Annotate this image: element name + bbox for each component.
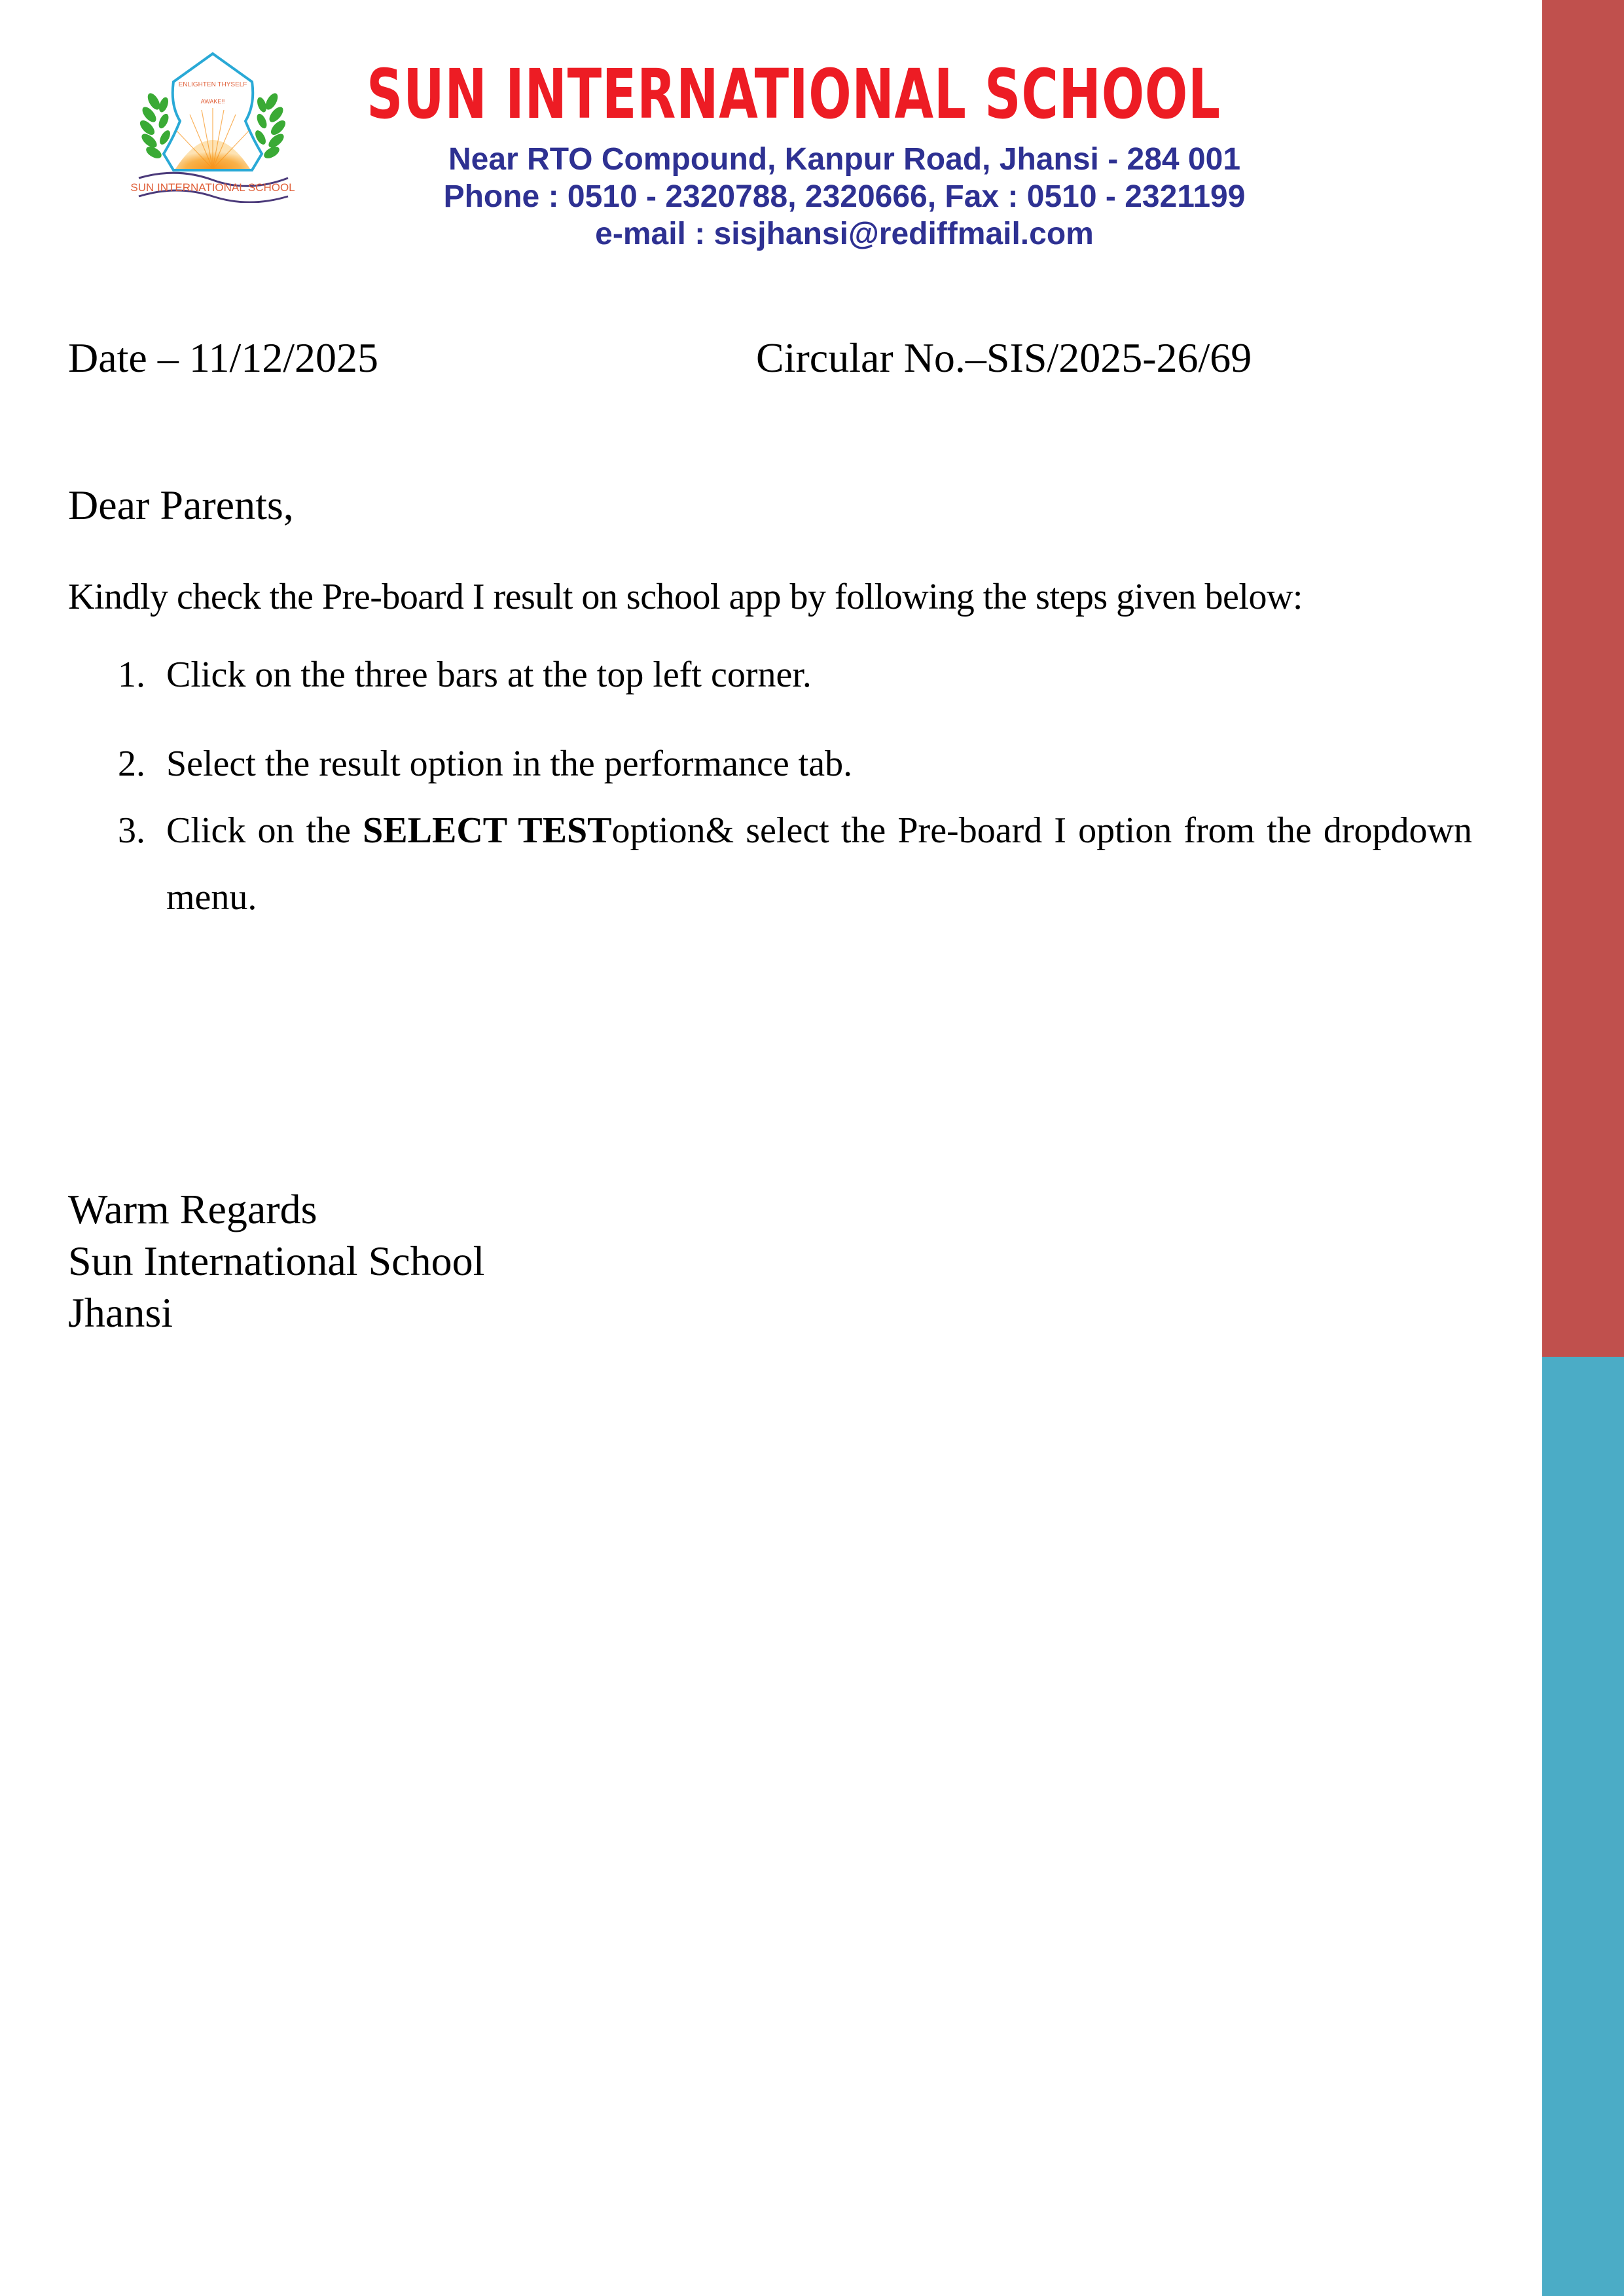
steps-list: 1. Click on the three bars at the top le…	[68, 641, 1472, 931]
step-item: 1. Click on the three bars at the top le…	[68, 641, 1472, 708]
closing-block: Warm Regards Sun International School Jh…	[68, 1183, 484, 1338]
decorative-sidebar-teal	[1542, 1357, 1624, 2296]
school-contact-block: Near RTO Compound, Kanpur Road, Jhansi -…	[393, 141, 1296, 253]
circular-number: Circular No.–SIS/2025-26/69	[756, 334, 1252, 382]
circular-page: ENLIGHTEN THYSELF AWAKE!! SUN INTERNATIO…	[0, 0, 1542, 2296]
salutation: Dear Parents,	[68, 481, 294, 529]
school-phone-fax: Phone : 0510 - 2320788, 2320666, Fax : 0…	[393, 178, 1296, 215]
step-text: Select the result option in the performa…	[166, 744, 852, 784]
select-test-emphasis: SELECT TEST	[363, 810, 611, 851]
school-crest-logo-icon: ENLIGHTEN THYSELF AWAKE!! SUN INTERNATIO…	[124, 39, 301, 203]
closing-city: Jhansi	[68, 1287, 484, 1338]
intro-paragraph: Kindly check the Pre-board I result on s…	[68, 576, 1303, 618]
step-item: 2. Select the result option in the perfo…	[68, 730, 1472, 797]
step-number: 1.	[118, 641, 145, 708]
step-text: Click on the three bars at the top left …	[166, 655, 812, 695]
school-email: e-mail : sisjhansi@rediffmail.com	[393, 215, 1296, 253]
step-text: Click on the SELECT TESToption& select t…	[166, 797, 1472, 931]
school-address: Near RTO Compound, Kanpur Road, Jhansi -…	[393, 141, 1296, 178]
step-number: 2.	[118, 730, 145, 797]
school-name-heading: SUN INTERNATIONAL SCHOOL	[367, 60, 1113, 128]
step-number: 3.	[118, 797, 145, 864]
step-item: 3. Click on the SELECT TESToption& selec…	[68, 797, 1472, 931]
svg-text:SUN INTERNATIONAL SCHOOL: SUN INTERNATIONAL SCHOOL	[130, 181, 295, 194]
closing-school: Sun International School	[68, 1235, 484, 1287]
circular-date: Date – 11/12/2025	[68, 334, 378, 382]
svg-text:ENLIGHTEN THYSELF: ENLIGHTEN THYSELF	[179, 81, 247, 88]
svg-text:AWAKE!!: AWAKE!!	[201, 98, 225, 105]
closing-regards: Warm Regards	[68, 1183, 484, 1235]
decorative-sidebar-red	[1542, 0, 1624, 1357]
